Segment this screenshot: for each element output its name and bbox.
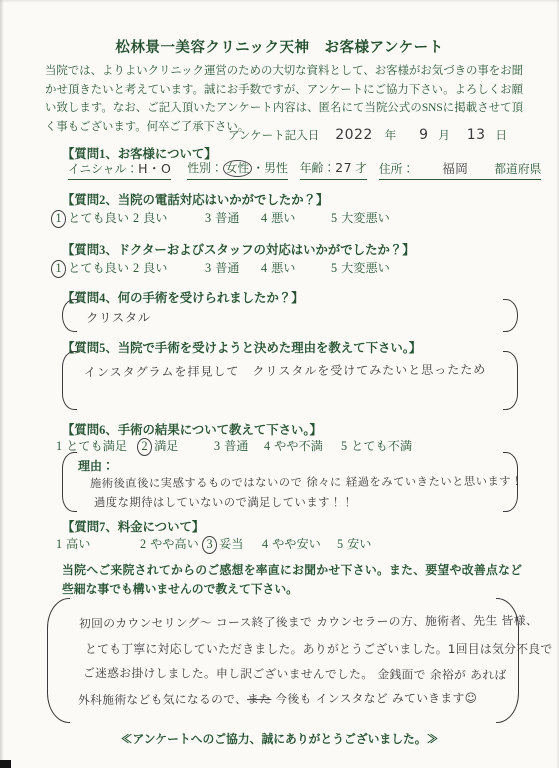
date-day-value: 13: [467, 127, 486, 143]
q6-reason-line2: 過度な期待はしていないので満足しています！！: [94, 494, 354, 510]
gender-circled-option: 女性: [223, 160, 253, 177]
q1-fields: イニシャル：H・O 性別：女性・男性 年齢：27 才 住所：福岡都道府県: [68, 159, 520, 180]
q5-answer-box: インスタグラムを拝見して クリスタルを受けてみたいと思ったため: [62, 351, 518, 410]
q3-option-3: 3普通: [205, 259, 239, 276]
q2-option-1: 1とても良い: [56, 209, 129, 228]
age-field: 年齢：27 才: [300, 159, 367, 180]
comment-line-2: とても丁寧に対応していただきました。ありがとうございました。1回目は気分不良で: [85, 640, 553, 657]
date-year-value: 2022: [335, 127, 373, 143]
survey-scan-page: 松林景一美容クリニック天神 お客様アンケート 当院では、よりよいクリニック運営の…: [0, 0, 559, 768]
scan-corner-mark: [0, 760, 11, 768]
initial-value: H・O: [138, 161, 171, 176]
address-value: 福岡: [442, 161, 468, 176]
comment-line-3: ご迷惑お掛けしました。申し訳ございませんでした。 金銭面で 余裕が あれば: [83, 664, 507, 683]
q2-header: 【質問2、当院の電話対応はいかがでしたか？】: [62, 190, 328, 208]
q7-options: 1高い 2やや高い 3妥当 4やや安い 5安い: [0, 535, 559, 553]
q6-reason-label: 理由：: [78, 457, 114, 474]
q2-option-3: 3普通: [205, 209, 239, 226]
q7-option-4: 4やや安い: [262, 535, 321, 552]
q5-answer: インスタグラムを拝見して クリスタルを受けてみたいと思ったため: [84, 361, 486, 381]
date-row: アンケート記入日 2022 年 9 月 13 日: [228, 127, 507, 143]
q7-option-2: 2やや高い: [140, 535, 199, 552]
q3-options: 1とても良い 2良い 3普通 4悪い 5大変悪い: [0, 259, 559, 277]
scan-edge-left: [0, 0, 4, 768]
q2-options: 1とても良い 2良い 3普通 4悪い 5大変悪い: [0, 209, 559, 227]
q3-option-5: 5大変悪い: [331, 259, 390, 276]
q3-option-4: 4悪い: [261, 259, 295, 276]
q7-option-5: 5安い: [337, 535, 371, 552]
q2-option-5: 5大変悪い: [331, 209, 390, 226]
q6-reason-box: 理由： 施術後直後に実感するものではないので 徐々に 経過をみていきたいと思いま…: [62, 452, 518, 512]
q3-header: 【質問3、ドクターおよびスタッフの対応はいかがでしたか？】: [62, 240, 415, 258]
q3-option-1: 1とても良い: [56, 259, 129, 278]
initial-field: イニシャル：H・O: [68, 159, 171, 180]
age-value: 27: [335, 160, 352, 175]
feedback-comment-box: 初回のカウンセリング〜 コース終了後まで カウンセラーの方、施術者、先生 皆様、…: [47, 598, 519, 723]
q7-header: 【質問7、料金について】: [62, 517, 204, 535]
comment-line-1: 初回のカウンセリング〜 コース終了後まで カウンセラーの方、施術者、先生 皆様、: [79, 611, 538, 631]
gender-field: 性別：女性・男性: [187, 159, 287, 180]
q2-option-4: 4悪い: [261, 209, 295, 226]
q6-reason-line1: 施術後直後に実感するものではないので 徐々に 経過をみていきたいと思います！: [90, 473, 523, 491]
page-title: 松林景一美容クリニック天神 お客様アンケート: [0, 36, 559, 57]
q4-answer-box: クリスタル: [62, 299, 518, 332]
q7-option-1: 1高い: [56, 535, 90, 552]
q6-header: 【質問6、手術の結果について教えて下さい。】: [62, 420, 322, 438]
address-field: 住所：福岡都道府県: [379, 159, 542, 180]
date-month-value: 9: [419, 127, 428, 143]
date-month-label: 月: [438, 130, 450, 142]
feedback-prompt: 当院へご来院されてからのご感想を率直にお聞かせ下さい。また、要望や改善点など些細…: [62, 561, 522, 599]
date-label: アンケート記入日: [228, 130, 319, 142]
intro-text: 当院では、よりよいクリニック運営のための大切な資料として、お客様がお気づきの事を…: [45, 62, 523, 136]
q3-option-2: 2良い: [133, 259, 167, 276]
q4-answer: クリスタル: [86, 308, 151, 327]
scan-edge-top: [0, 0, 559, 3]
comment-line-4: 外科施術なども気になるので、また 今後も インスタなど みていきます☺: [78, 689, 477, 708]
q7-option-3: 3妥当: [207, 535, 243, 554]
date-year-label: 年: [385, 130, 397, 142]
q2-option-2: 2良い: [133, 209, 167, 226]
date-day-label: 日: [495, 130, 507, 142]
footer-thanks: ≪アンケートへのご協力、誠にありがとうございました。≫: [0, 730, 559, 747]
crossed-out-word: また: [247, 692, 271, 706]
